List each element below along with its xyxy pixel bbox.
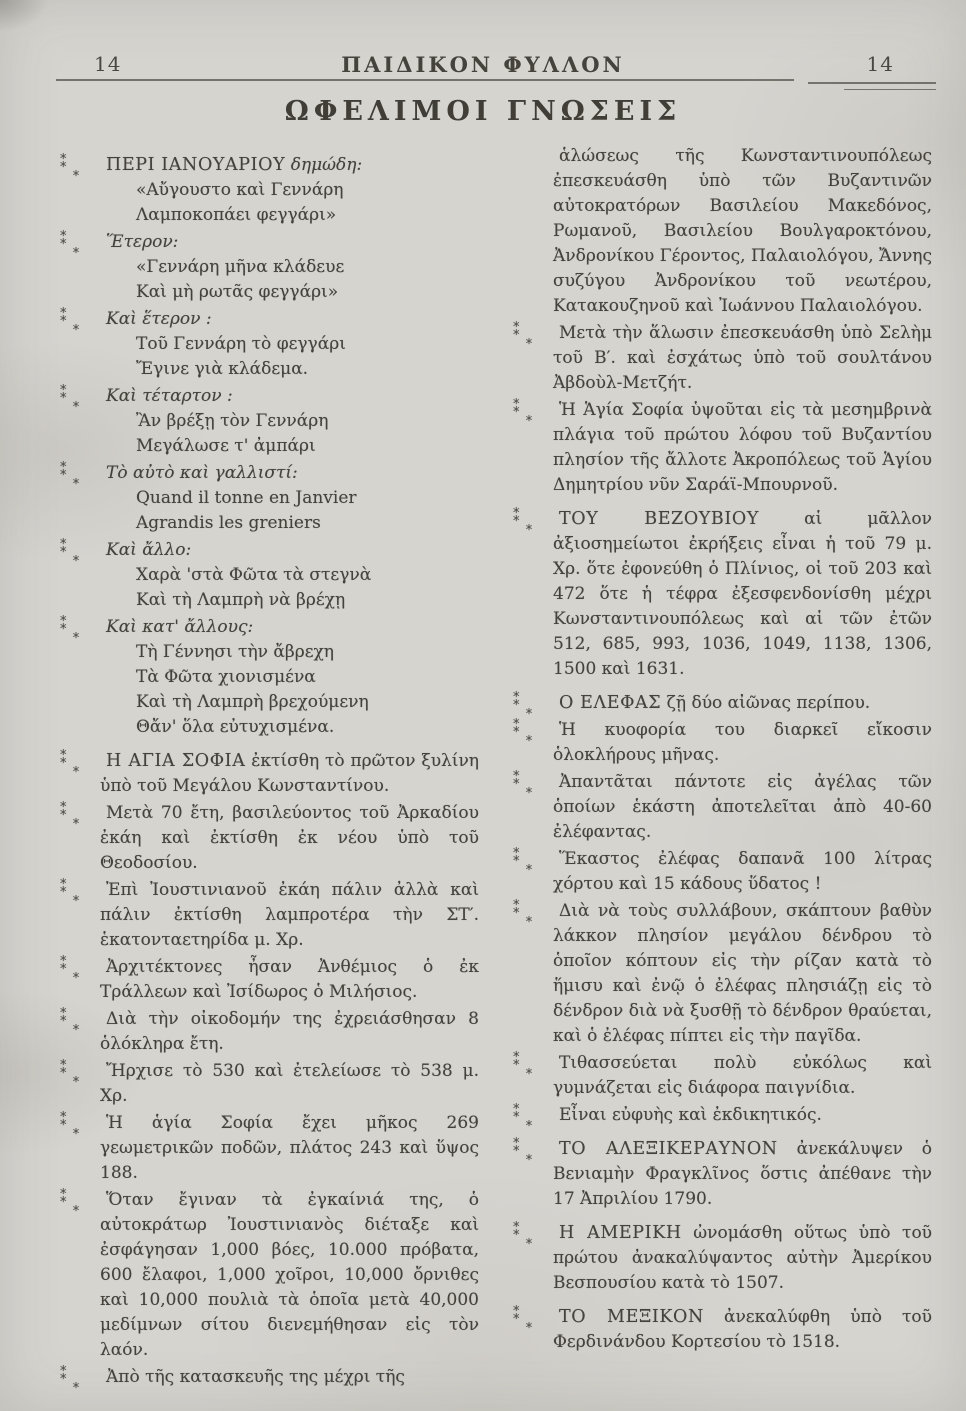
entry-text: Ἀπαντᾶται πάντοτε εἰς ἀγέλας τῶν ὁποίων … [553, 772, 932, 842]
asterism-icon: * ** [60, 752, 92, 777]
entry: * **Ἀπαντᾶται πάντοτε εἰς ἀγέλας τῶν ὁπο… [509, 770, 932, 845]
asterism-icon: * ** [513, 1140, 545, 1165]
asterism-icon: * ** [60, 804, 92, 829]
entry: * **Διὰ τὴν οἰκοδομήν της ἐχρειάσθησαν 8… [56, 1007, 479, 1057]
entry: * **Ὅταν ἔγιναν τὰ ἐγκαίνιά της, ὁ αὐτοκ… [56, 1188, 479, 1363]
header-rule-right [808, 82, 936, 84]
entry: * **Ἕτερον:«Γεννάρη μῆνα κλάδευεΚαὶ μὴ ρ… [56, 230, 479, 305]
entry: * **Ἕκαστος ἐλέφας δαπανᾶ 100 λίτρας χόρ… [509, 847, 932, 897]
entry-text: Ἡ Ἁγία Σοφία ὑψοῦται εἰς τὰ μεσημβρινὰ π… [553, 400, 932, 495]
entry: * **Καὶ κατ' ἄλλους:Τὴ Γέννησι τὴν ἄβρεχ… [56, 615, 479, 740]
entry-text: Ἀρχιτέκτονες ἦσαν Ἀνθέμιος ὁ ἐκ Τράλλεων… [100, 957, 479, 1002]
entry-lead: Η ΑΓΙΑ ΣΟΦΙΑ [106, 751, 245, 771]
asterism-bottom: * [73, 558, 80, 566]
asterism-icon: * ** [513, 1308, 545, 1333]
asterism-bottom: * [73, 1131, 80, 1139]
entry-body: Καὶ ἄλλο:Χαρὰ 'στὰ Φῶτα τὰ στεγνὰΚαὶ τὴ … [100, 538, 479, 613]
asterism-icon: * ** [60, 1114, 92, 1139]
verse-line: Τοῦ Γεννάρη τὸ φεγγάρι [136, 332, 479, 357]
asterism-icon: * ** [60, 1062, 92, 1087]
entry-intro: Καὶ ἄλλο: [106, 540, 191, 560]
header-rule [56, 79, 794, 81]
asterism-bottom: * [526, 1325, 533, 1333]
asterism-bottom: * [73, 769, 80, 777]
entry-body: Καὶ ἕτερον :Τοῦ Γεννάρη τὸ φεγγάριἜγινε … [100, 307, 479, 382]
entry-body: Ἡ Ἁγία Σοφία ὑψοῦται εἰς τὰ μεσημβρινὰ π… [553, 398, 932, 498]
verse-line: Θἄν' ὅλα εὐτυχισμένα. [136, 715, 479, 740]
entry: * **Ἀρχιτέκτονες ἦσαν Ἀνθέμιος ὁ ἐκ Τράλ… [56, 955, 479, 1005]
verse-line: Καὶ τὴ Λαμπρὴ βρεχούμενη [136, 690, 479, 715]
entry: * **Ἡ κυοφορία του διαρκεῖ εἴκοσιν ὁλοκλ… [509, 718, 932, 768]
entry-body: Η ΑΓΙΑ ΣΟΦΙΑ ἐκτίσθη τὸ πρῶτον ξυλίνη ὑπ… [100, 749, 479, 799]
verse-line: Καὶ τὴ Λαμπρὴ νὰ βρέχῃ [136, 588, 479, 613]
entry-body: Ὅταν ἔγιναν τὰ ἐγκαίνιά της, ὁ αὐτοκράτω… [100, 1188, 479, 1363]
entry-text: ζῇ δύο αἰῶνας περίπου. [667, 693, 871, 713]
asterism-bottom: * [73, 1027, 80, 1035]
masthead: ΠΑΙΔΙΚΟΝ ΦΥΛΛΟΝ [0, 52, 966, 77]
entry: * **Ο ΕΛΕΦΑΣ ζῇ δύο αἰῶνας περίπου. [509, 691, 932, 716]
asterism-icon: * ** [60, 881, 92, 906]
asterism-bottom: * [73, 1385, 80, 1393]
entry-text: Εἶναι εὐφυὴς καὶ ἐκδικητικός. [559, 1105, 822, 1125]
verse-block: Quand il tonne en JanvierAgrandis les gr… [136, 486, 479, 536]
entry-body: Μετὰ τὴν ἅλωσιν ἐπεσκευάσθη ὑπὸ Σελὴμ το… [553, 321, 932, 396]
entry-body: Εἶναι εὐφυὴς καὶ ἐκδικητικός. [553, 1103, 932, 1128]
entry-text: Μετὰ τὴν ἅλωσιν ἐπεσκευάσθη ὑπὸ Σελὴμ το… [553, 323, 932, 393]
entry-body: ΠΕΡΙ ΙΑΝΟΥΑΡΙΟΥ δημώδη:«Αὔγουστο καὶ Γεν… [100, 153, 479, 228]
asterism-icon: * ** [60, 464, 92, 489]
entry-body: Τιθασσεύεται πολὺ εὐκόλως καὶ γυμνάζεται… [553, 1051, 932, 1101]
asterism-icon: * ** [60, 387, 92, 412]
asterism-icon: * ** [513, 1106, 545, 1131]
entry-body: ΤΟ ΑΛΕΞΙΚΕΡΑΥΝΟΝ ἀνεκάλυψεν ὁ Βενιαμὴν Φ… [553, 1137, 932, 1212]
entry: * **Ἐπὶ Ἰουστινιανοῦ ἐκάη πάλιν ἀλλὰ καὶ… [56, 878, 479, 953]
entry-intro: Τὸ αὐτὸ καὶ γαλλιστί: [106, 463, 298, 483]
entry-lead: Ο ΕΛΕΦΑΣ [559, 693, 661, 713]
entry-body: Διὰ τὴν οἰκοδομήν της ἐχρειάσθησαν 8 ὁλό… [100, 1007, 479, 1057]
asterism-icon: * ** [60, 958, 92, 983]
entry-body: Ο ΕΛΕΦΑΣ ζῇ δύο αἰῶνας περίπου. [553, 691, 932, 716]
verse-line: Καὶ μὴ ρωτᾶς φεγγάρι» [136, 280, 479, 305]
column-right: ἁλώσεως τῆς Κωνσταντινουπόλεως ἐπεσκευάσ… [509, 144, 932, 1355]
header-rule-right-2 [844, 89, 936, 90]
asterism-bottom: * [73, 1079, 80, 1087]
asterism-icon: * ** [60, 618, 92, 643]
entry-body: Ἀπὸ τῆς κατασκευῆς της μέχρι τῆς [100, 1365, 479, 1390]
asterism-icon: * ** [60, 1368, 92, 1393]
asterism-bottom: * [526, 1071, 533, 1079]
asterism-bottom: * [526, 1157, 533, 1165]
entry: * **ΤΟ ΜΕΞΙΚΟΝ ἀνεκαλύφθη ὑπὸ τοῦ Φερδιν… [509, 1305, 932, 1355]
entry: * **Εἶναι εὐφυὴς καὶ ἐκδικητικός. [509, 1103, 932, 1128]
verse-line: Τὴ Γέννησι τὴν ἄβρεχη [136, 640, 479, 665]
asterism-bottom: * [526, 919, 533, 927]
entry: * **Μετὰ 70 ἔτη, βασιλεύοντος τοῦ Ἀρκαδί… [56, 801, 479, 876]
entry: * **Καὶ ἄλλο:Χαρὰ 'στὰ Φῶτα τὰ στεγνὰΚαὶ… [56, 538, 479, 613]
verse-block: «Γεννάρη μῆνα κλάδευεΚαὶ μὴ ρωτᾶς φεγγάρ… [136, 255, 479, 305]
asterism-bottom: * [73, 327, 80, 335]
asterism-icon: * ** [513, 510, 545, 535]
asterism-icon: * ** [513, 773, 545, 798]
entry-text: Ὅταν ἔγιναν τὰ ἐγκαίνιά της, ὁ αὐτοκράτω… [100, 1190, 479, 1360]
entry-body: Ἐπὶ Ἰουστινιανοῦ ἐκάη πάλιν ἀλλὰ καὶ πάλ… [100, 878, 479, 953]
entry-lead: ΤΟ ΑΛΕΞΙΚΕΡΑΥΝΟΝ [559, 1139, 778, 1159]
asterism-bottom: * [73, 481, 80, 489]
entry-body: Μετὰ 70 ἔτη, βασιλεύοντος τοῦ Ἀρκαδίου ἐ… [100, 801, 479, 876]
entry: * **ΤΟΥ ΒΕΖΟΥΒΙΟΥ αἱ μᾶλλον ἀξιοσημείωτο… [509, 507, 932, 682]
scanned-page: 14 ΠΑΙΔΙΚΟΝ ΦΥΛΛΟΝ 14 ΩΦΕΛΙΜΟΙ ΓΝΩΣΕΙΣ *… [0, 0, 966, 1411]
asterism-icon: * ** [513, 850, 545, 875]
verse-line: Χαρὰ 'στὰ Φῶτα τὰ στεγνὰ [136, 563, 479, 588]
asterism-icon: * ** [60, 310, 92, 335]
asterism-icon: * ** [513, 1224, 545, 1249]
asterism-icon: * ** [513, 401, 545, 426]
entry-text: Μετὰ 70 ἔτη, βασιλεύοντος τοῦ Ἀρκαδίου ἐ… [100, 803, 479, 873]
entry: * **Ἡ ἁγία Σοφία ἔχει μῆκος 269 γεωμετρι… [56, 1111, 479, 1186]
entry-text: Ἡ κυοφορία του διαρκεῖ εἴκοσιν ὁλοκλήρου… [553, 720, 932, 765]
asterism-bottom: * [73, 404, 80, 412]
asterism-bottom: * [73, 975, 80, 983]
asterism-icon: * ** [60, 233, 92, 258]
verse-line: Λαμποκοπάει φεγγάρι» [136, 203, 479, 228]
entry-text: Διὰ νὰ τοὺς συλλάβουν, σκάπτουν βαθὺν λά… [553, 901, 932, 1046]
asterism-icon: * ** [513, 721, 545, 746]
asterism-icon: * ** [60, 1010, 92, 1035]
asterism-bottom: * [526, 790, 533, 798]
entry: * **Ἡ Ἁγία Σοφία ὑψοῦται εἰς τὰ μεσημβρι… [509, 398, 932, 498]
entry: * **Διὰ νὰ τοὺς συλλάβουν, σκάπτουν βαθὺ… [509, 899, 932, 1049]
entry-lead: ΠΕΡΙ ΙΑΝΟΥΑΡΙΟΥ [106, 155, 285, 175]
page-number-right: 14 [867, 52, 894, 76]
entry-text: αἱ μᾶλλον ἀξιοσημείωτοι ἐκρήξεις εἶναι ἡ… [553, 509, 932, 679]
entry: ἁλώσεως τῆς Κωνσταντινουπόλεως ἐπεσκευάσ… [509, 144, 932, 319]
verse-line: Τὰ Φῶτα χιονισμένα [136, 665, 479, 690]
verse-line: Μεγάλωσε τ' ἀμπάρι [136, 434, 479, 459]
verse-block: «Αὔγουστο καὶ ΓεννάρηΛαμποκοπάει φεγγάρι… [136, 178, 479, 228]
asterism-bottom: * [73, 173, 80, 181]
verse-line: Ἔγινε γιὰ κλάδεμα. [136, 357, 479, 382]
entry-body: Ἕτερον:«Γεννάρη μῆνα κλάδευεΚαὶ μὴ ρωτᾶς… [100, 230, 479, 305]
asterism-icon: * ** [513, 902, 545, 927]
entry: * **Η ΑΓΙΑ ΣΟΦΙΑ ἐκτίσθη τὸ πρῶτον ξυλίν… [56, 749, 479, 799]
entry-intro: Ἕτερον: [106, 232, 178, 252]
verse-line: Quand il tonne en Janvier [136, 486, 479, 511]
entry-body: Ἡ ἁγία Σοφία ἔχει μῆκος 269 γεωμετρικῶν … [100, 1111, 479, 1186]
entry: * **Καὶ τέταρτον :Ἂν βρέξῃ τὸν ΓεννάρηΜε… [56, 384, 479, 459]
entry-intro: Καὶ τέταρτον : [106, 386, 233, 406]
entry: * **ΤΟ ΑΛΕΞΙΚΕΡΑΥΝΟΝ ἀνεκάλυψεν ὁ Βενιαμ… [509, 1137, 932, 1212]
entry-body: ἁλώσεως τῆς Κωνσταντινουπόλεως ἐπεσκευάσ… [553, 144, 932, 319]
asterism-icon: * ** [513, 694, 545, 719]
entry-body: Καὶ τέταρτον :Ἂν βρέξῃ τὸν ΓεννάρηΜεγάλω… [100, 384, 479, 459]
entry-intro: δημώδη: [291, 155, 362, 175]
entry-body: Η ΑΜΕΡΙΚΗ ὠνομάσθη οὕτως ὑπὸ τοῦ πρώτου … [553, 1221, 932, 1296]
entry-lead: ΤΟΥ ΒΕΖΟΥΒΙΟΥ [559, 509, 759, 529]
entry-intro: Καὶ ἕτερον : [106, 309, 212, 329]
entry-body: ΤΟ ΜΕΞΙΚΟΝ ἀνεκαλύφθη ὑπὸ τοῦ Φερδινάνδο… [553, 1305, 932, 1355]
asterism-bottom: * [73, 898, 80, 906]
entry: * **Τιθασσεύεται πολὺ εὐκόλως καὶ γυμνάζ… [509, 1051, 932, 1101]
asterism-bottom: * [526, 341, 533, 349]
entry-body: Ἤρχισε τὸ 530 καὶ ἐτελείωσε τὸ 538 μ. Χρ… [100, 1059, 479, 1109]
entry-lead: ΤΟ ΜΕΞΙΚΟΝ [559, 1307, 704, 1327]
entry: * **Τὸ αὐτὸ καὶ γαλλιστί:Quand il tonne … [56, 461, 479, 536]
asterism-bottom: * [73, 821, 80, 829]
entry-body: Καὶ κατ' ἄλλους:Τὴ Γέννησι τὴν ἄβρεχηΤὰ … [100, 615, 479, 740]
asterism-icon: * ** [60, 156, 92, 181]
entry: * **Η ΑΜΕΡΙΚΗ ὠνομάσθη οὕτως ὑπὸ τοῦ πρώ… [509, 1221, 932, 1296]
entry-lead: Η ΑΜΕΡΙΚΗ [559, 1223, 682, 1243]
entry-text: Διὰ τὴν οἰκοδομήν της ἐχρειάσθησαν 8 ὁλό… [100, 1009, 479, 1054]
entry-text: Ἡ ἁγία Σοφία ἔχει μῆκος 269 γεωμετρικῶν … [100, 1113, 479, 1183]
text-columns: * **ΠΕΡΙ ΙΑΝΟΥΑΡΙΟΥ δημώδη:«Αὔγουστο καὶ… [56, 144, 932, 1390]
column-left: * **ΠΕΡΙ ΙΑΝΟΥΑΡΙΟΥ δημώδη:«Αὔγουστο καὶ… [56, 144, 479, 1390]
verse-block: Χαρὰ 'στὰ Φῶτα τὰ στεγνὰΚαὶ τὴ Λαμπρὴ νὰ… [136, 563, 479, 613]
asterism-bottom: * [526, 738, 533, 746]
verse-line: «Γεννάρη μῆνα κλάδευε [136, 255, 479, 280]
entry: * **Καὶ ἕτερον :Τοῦ Γεννάρη τὸ φεγγάριἜγ… [56, 307, 479, 382]
asterism-icon: * ** [513, 1054, 545, 1079]
asterism-bottom: * [526, 1241, 533, 1249]
entry-body: Ἕκαστος ἐλέφας δαπανᾶ 100 λίτρας χόρτου … [553, 847, 932, 897]
entry-body: Ἀπαντᾶται πάντοτε εἰς ἀγέλας τῶν ὁποίων … [553, 770, 932, 845]
entry: * **Μετὰ τὴν ἅλωσιν ἐπεσκευάσθη ὑπὸ Σελὴ… [509, 321, 932, 396]
asterism-icon: * ** [60, 541, 92, 566]
asterism-icon: * ** [60, 1191, 92, 1216]
asterism-icon: * ** [513, 324, 545, 349]
entry-text: Τιθασσεύεται πολὺ εὐκόλως καὶ γυμνάζεται… [553, 1053, 932, 1098]
verse-block: Τὴ Γέννησι τὴν ἄβρεχηΤὰ Φῶτα χιονισμέναΚ… [136, 640, 479, 740]
entry-body: ΤΟΥ ΒΕΖΟΥΒΙΟΥ αἱ μᾶλλον ἀξιοσημείωτοι ἐκ… [553, 507, 932, 682]
asterism-bottom: * [526, 867, 533, 875]
entry: * **ΠΕΡΙ ΙΑΝΟΥΑΡΙΟΥ δημώδη:«Αὔγουστο καὶ… [56, 153, 479, 228]
asterism-bottom: * [526, 1123, 533, 1131]
entry: * **Ἀπὸ τῆς κατασκευῆς της μέχρι τῆς [56, 1365, 479, 1390]
entry-text: Ἤρχισε τὸ 530 καὶ ἐτελείωσε τὸ 538 μ. Χρ… [100, 1061, 479, 1106]
entry-body: Ἀρχιτέκτονες ἦσαν Ἀνθέμιος ὁ ἐκ Τράλλεων… [100, 955, 479, 1005]
verse-line: «Αὔγουστο καὶ Γεννάρη [136, 178, 479, 203]
asterism-bottom: * [73, 250, 80, 258]
entry-text: Ἐπὶ Ἰουστινιανοῦ ἐκάη πάλιν ἀλλὰ καὶ πάλ… [100, 880, 479, 950]
entry-text: Ἕκαστος ἐλέφας δαπανᾶ 100 λίτρας χόρτου … [553, 849, 932, 894]
entry-body: Τὸ αὐτὸ καὶ γαλλιστί:Quand il tonne en J… [100, 461, 479, 536]
section-title: ΩΦΕΛΙΜΟΙ ΓΝΩΣΕΙΣ [0, 96, 966, 127]
asterism-bottom: * [526, 527, 533, 535]
entry: * **Ἤρχισε τὸ 530 καὶ ἐτελείωσε τὸ 538 μ… [56, 1059, 479, 1109]
asterism-bottom: * [526, 418, 533, 426]
asterism-bottom: * [73, 635, 80, 643]
entry-body: Διὰ νὰ τοὺς συλλάβουν, σκάπτουν βαθὺν λά… [553, 899, 932, 1049]
entry-body: Ἡ κυοφορία του διαρκεῖ εἴκοσιν ὁλοκλήρου… [553, 718, 932, 768]
entry-intro: Καὶ κατ' ἄλλους: [106, 617, 253, 637]
entry-text: ἁλώσεως τῆς Κωνσταντινουπόλεως ἐπεσκευάσ… [553, 146, 932, 316]
entry-text: Ἀπὸ τῆς κατασκευῆς της μέχρι τῆς [106, 1367, 405, 1387]
verse-line: Agrandis les greniers [136, 511, 479, 536]
verse-block: Ἂν βρέξῃ τὸν ΓεννάρηΜεγάλωσε τ' ἀμπάρι [136, 409, 479, 459]
verse-line: Ἂν βρέξῃ τὸν Γεννάρη [136, 409, 479, 434]
asterism-bottom: * [73, 1208, 80, 1216]
verse-block: Τοῦ Γεννάρη τὸ φεγγάριἜγινε γιὰ κλάδεμα. [136, 332, 479, 382]
